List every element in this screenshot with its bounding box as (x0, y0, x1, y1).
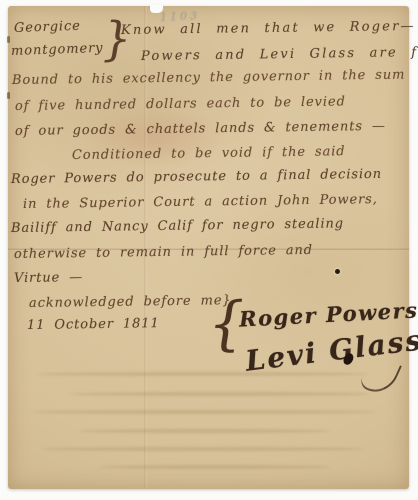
caption-state: Georgice (14, 19, 81, 36)
manuscript-paper: 1103 Georgice montgomery } Know all men … (8, 6, 409, 489)
bleed-through-line (100, 465, 330, 469)
paper-hole (335, 269, 340, 274)
body-line: Roger Powers do prosecute to a final dec… (11, 167, 382, 187)
paper-edge-speck (7, 92, 10, 99)
attestation-line: acknowledged before me} (29, 293, 232, 311)
bleed-through-line (70, 392, 370, 396)
body-line: Conditioned to be void if the said (72, 144, 346, 163)
body-line: Bound to his excellency the governor in … (12, 68, 406, 88)
paper-edge-speck (7, 36, 10, 43)
body-line: Virtue — (14, 270, 83, 286)
attestation-date: 11 October 1811 (27, 316, 160, 333)
caption-county: montgomery (11, 41, 104, 59)
bleed-through-line (32, 410, 376, 414)
caption-brace: } (101, 11, 132, 66)
scan-background: { "document": { "pencil_note": "1103", "… (0, 0, 418, 500)
body-line: Bailiff and Nancy Calif for negro steali… (11, 216, 344, 236)
bleed-through-line (38, 372, 368, 376)
body-line: of our goods & chattels lands & tenement… (15, 119, 386, 139)
body-line: Powers and Levi Glass are firmly (141, 44, 418, 64)
body-line: Know all men that we Roger— (121, 19, 416, 38)
body-line: in the Superior Court a action John Powe… (23, 192, 378, 212)
body-line: otherwise to remain in full force and (14, 243, 313, 262)
bleed-through-line (42, 447, 364, 451)
bleed-through-line (78, 429, 330, 433)
body-line: of five hundred dollars each to be levie… (15, 94, 346, 114)
